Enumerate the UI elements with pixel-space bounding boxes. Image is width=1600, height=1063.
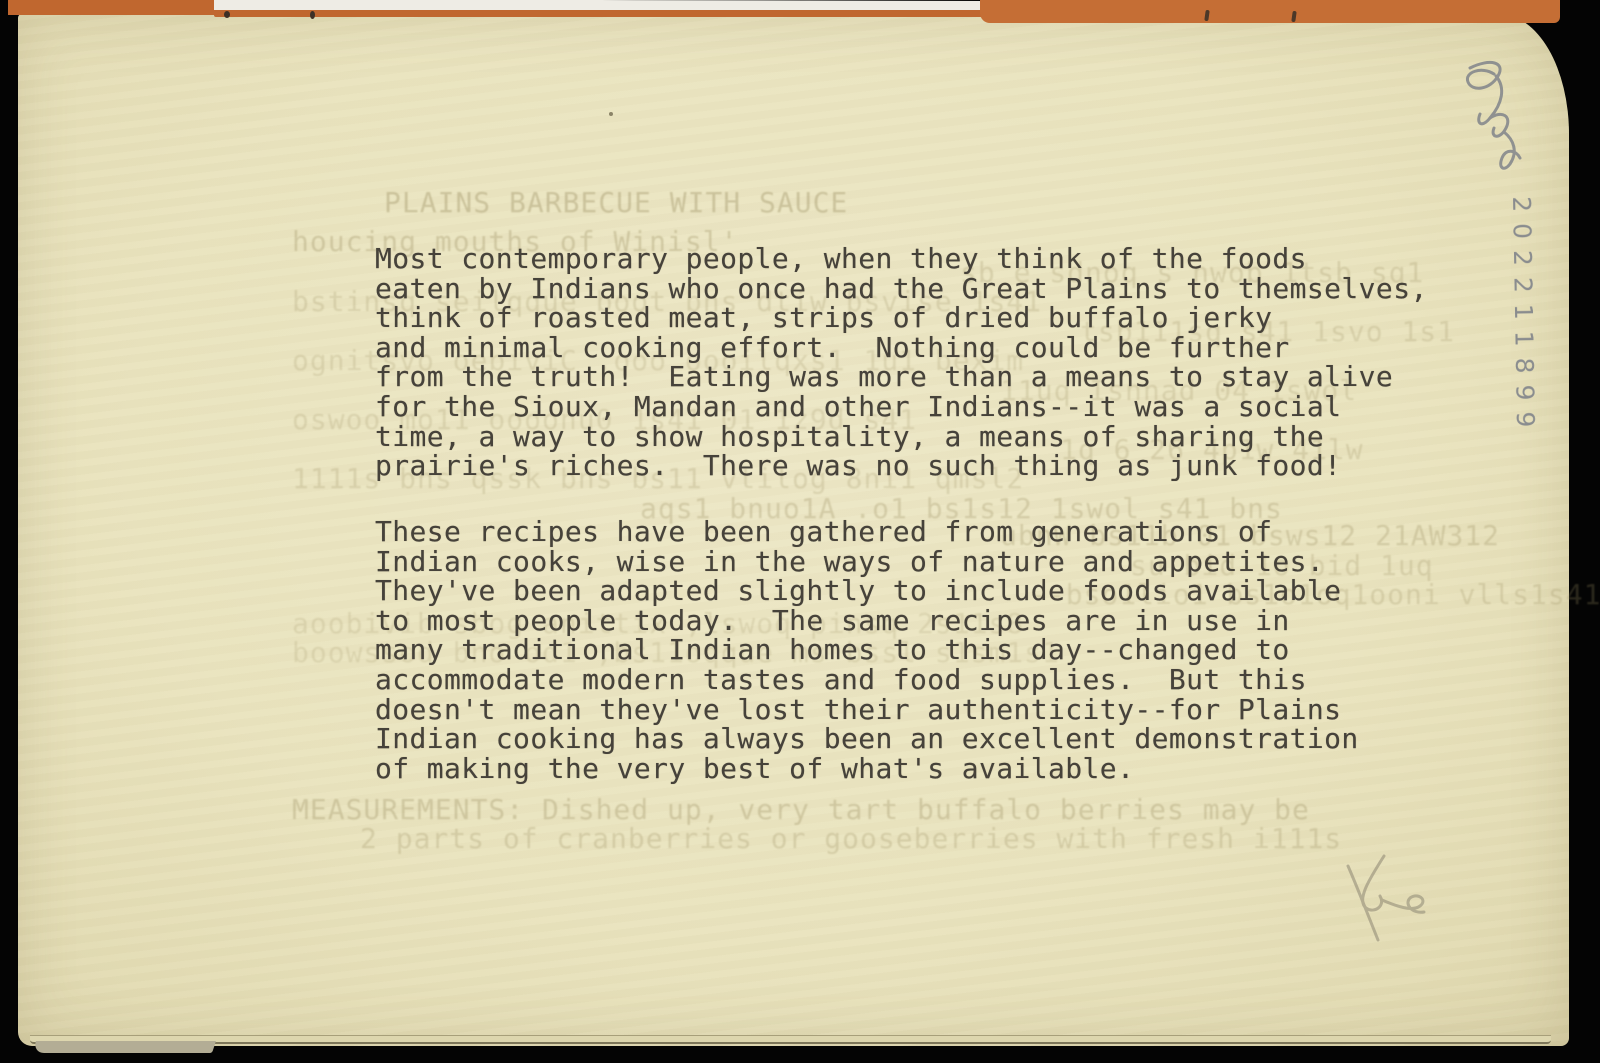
handwritten-accession-number: 202211899 [1507,196,1540,439]
ghost-line: PLAINS BARBECUE WITH SAUCE [384,186,848,219]
page-bottom-edge-shade [32,1041,216,1053]
cover-band-right [980,0,1560,23]
dark-speck [609,112,613,116]
typed-paragraph-1: Most contemporary people, when they thin… [375,244,1428,481]
ghost-line: 2 parts of cranberries or gooseberries w… [360,822,1342,855]
pencil-squiggle-mark [1320,848,1450,958]
scanned-document: PLAINS BARBECUE WITH SAUCEhoucing mouths… [0,0,1600,1063]
cover-band-left [8,0,218,15]
page-bottom-edge-line [30,1035,1551,1044]
cover-band-thin-line [214,10,986,17]
dark-speck [310,11,315,19]
typed-paragraph-2: These recipes have been gathered from ge… [375,517,1359,783]
handwritten-owner-name-ayer [1432,40,1552,220]
dark-speck [224,11,230,18]
